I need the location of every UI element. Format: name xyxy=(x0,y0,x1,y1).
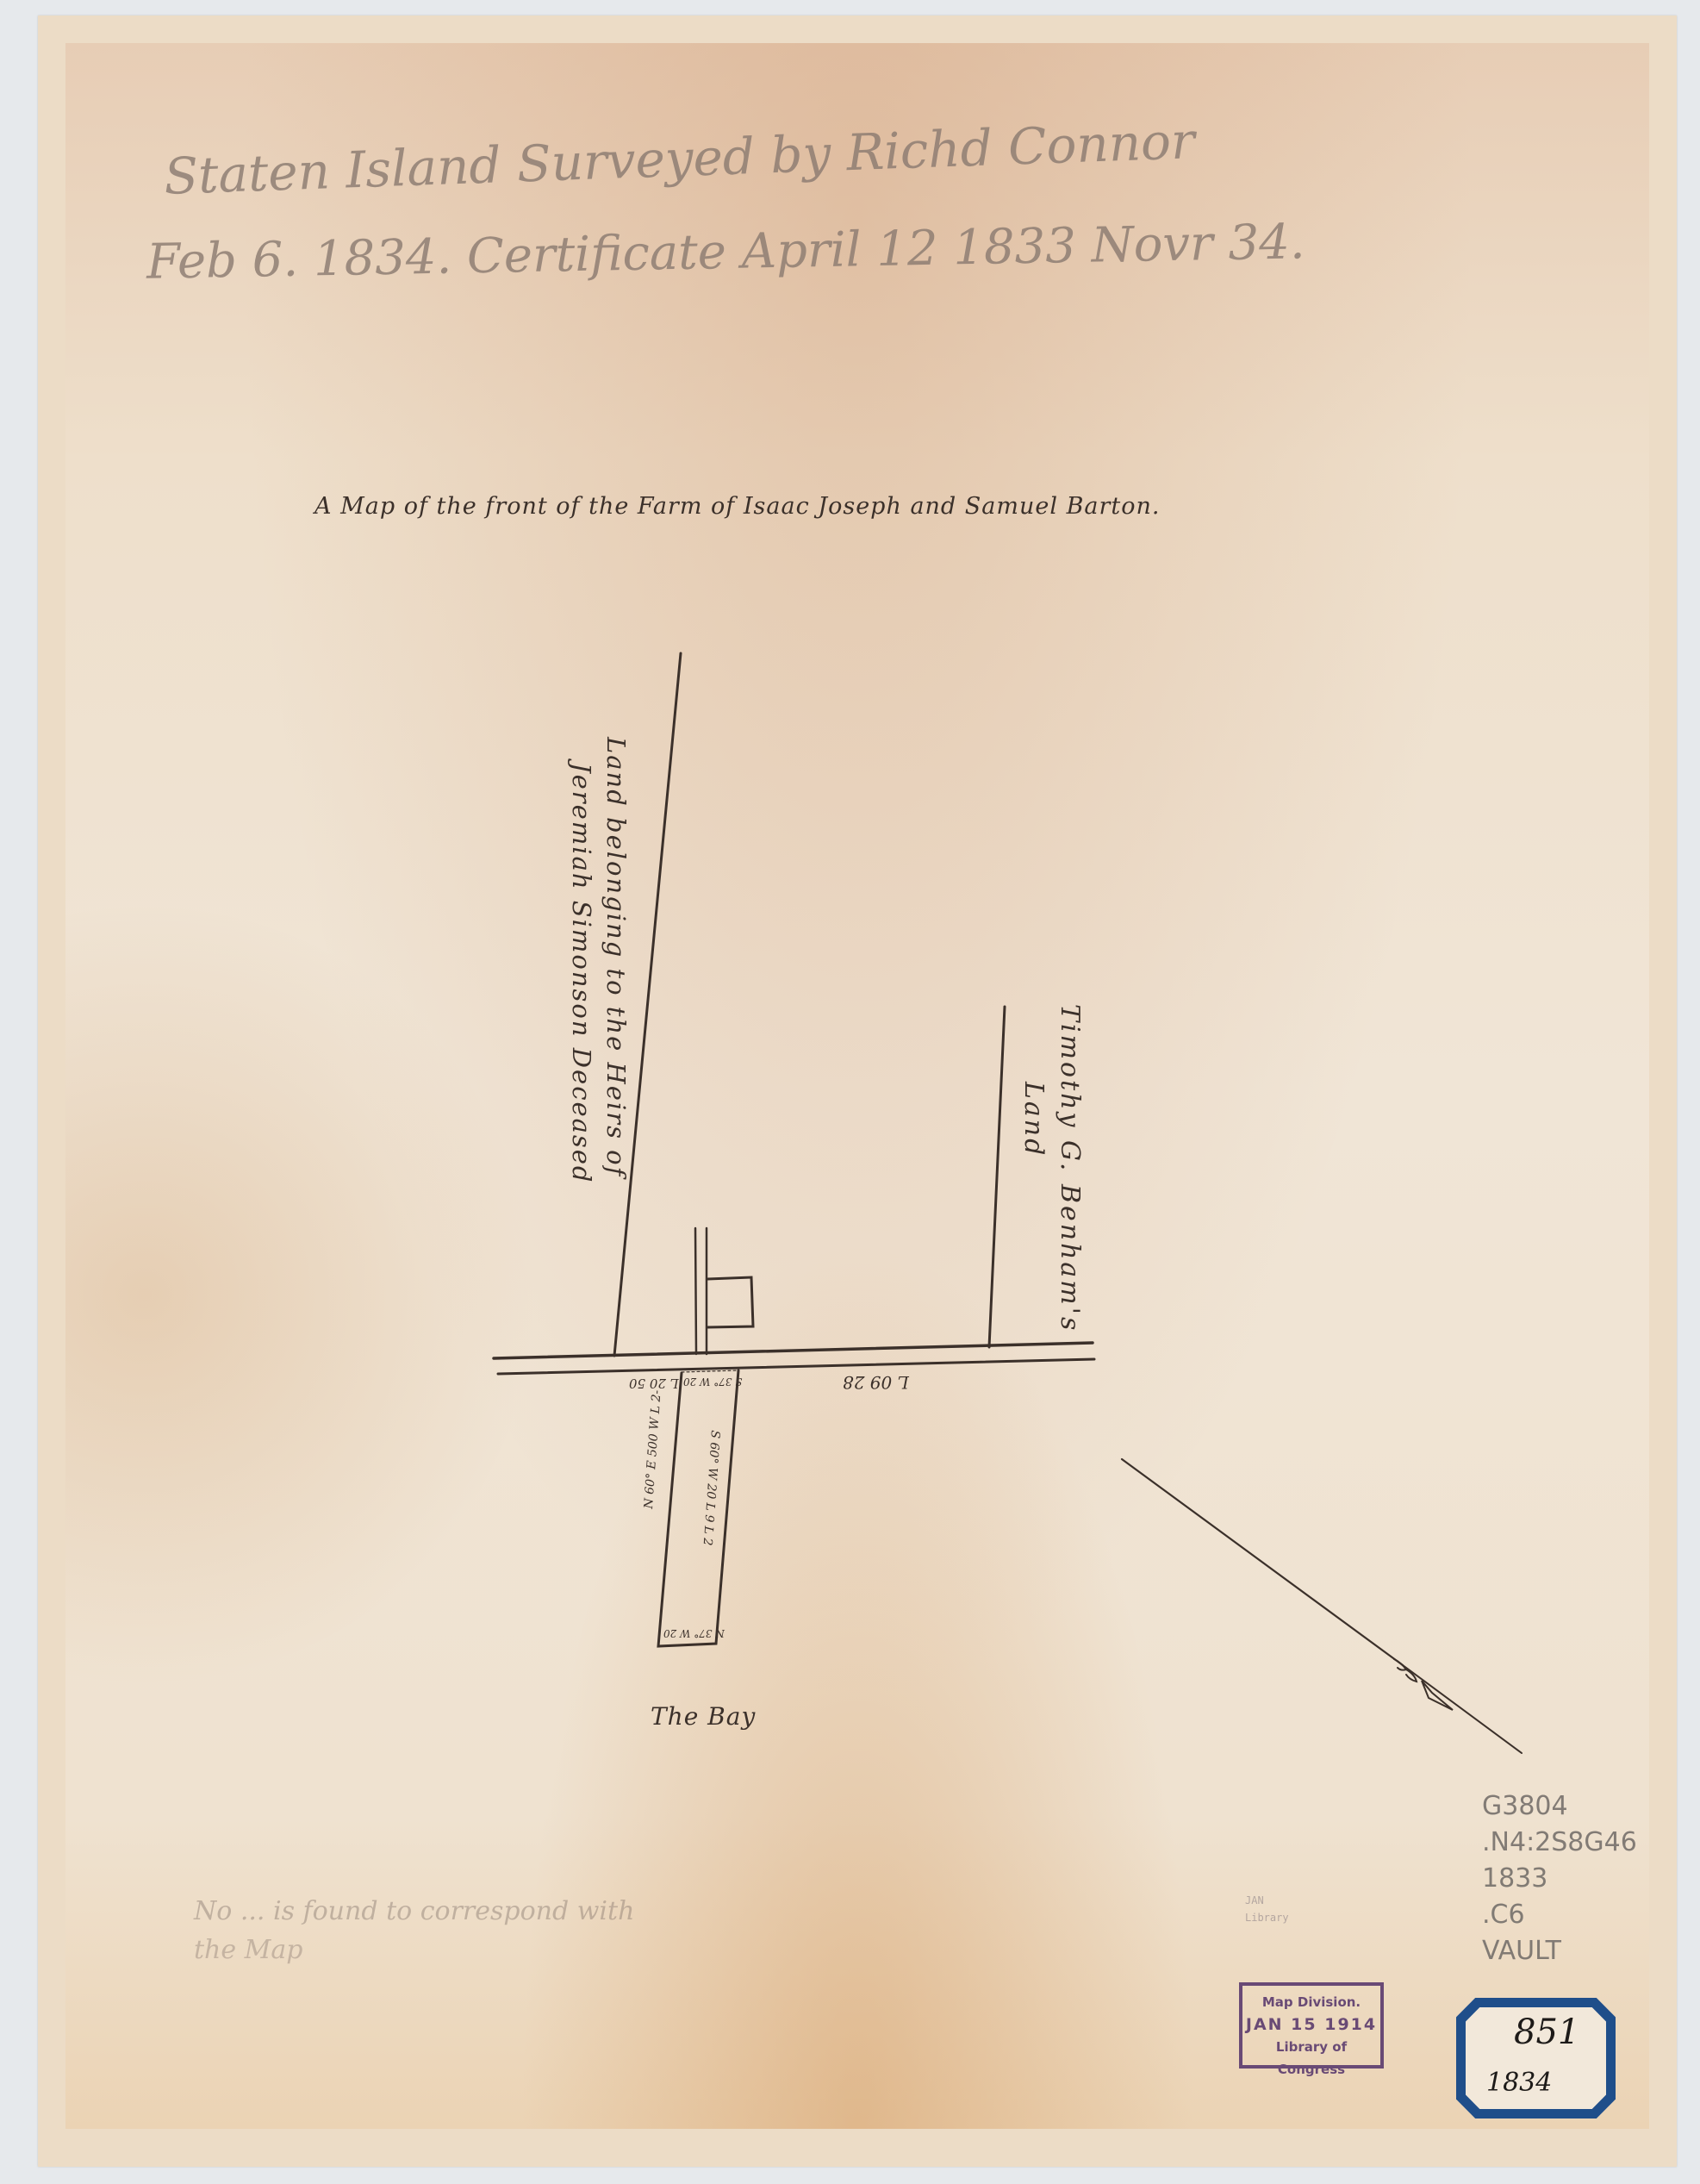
lower-pencil-note-line-1: No ... is found to correspond with xyxy=(194,1896,634,1926)
pier-measure-end: N 37° W 20 xyxy=(663,1627,725,1639)
survey-linework xyxy=(0,0,1700,2184)
road-measure-middle: S 37° W 20 xyxy=(683,1376,743,1388)
catalog-number: 851 xyxy=(1514,2012,1579,2052)
faint-stamp-line-2: Library xyxy=(1245,1909,1289,1926)
call-number-line: .N4:2S8G46 xyxy=(1482,1825,1637,1861)
library-of-congress-stamp: Map Division. JAN 15 1914 Library of Con… xyxy=(1239,1982,1384,2069)
stamp-line-1: Map Division. xyxy=(1242,1991,1380,2013)
pier-outline xyxy=(658,1370,738,1646)
east-boundary-line xyxy=(989,1007,1005,1347)
call-number-line: VAULT xyxy=(1482,1933,1637,1969)
stamp-date: JAN 15 1914 xyxy=(1242,2013,1380,2036)
east-parcel-label: Timothy G. Benham's Land xyxy=(1015,1004,1087,1332)
catalog-year: 1834 xyxy=(1486,2068,1552,2098)
call-number-line: 1833 xyxy=(1482,1861,1637,1897)
faint-stamp: JAN Library xyxy=(1245,1892,1289,1926)
building-outline xyxy=(707,1277,753,1327)
road-measure-east: L 09 28 xyxy=(843,1372,909,1393)
road-upper-edge xyxy=(494,1343,1093,1358)
west-parcel-label: Land belonging to the Heirs of Jeremiah … xyxy=(564,737,633,1184)
water-label: The Bay xyxy=(651,1702,756,1731)
west-parcel-label-line-1: Land belonging to the Heirs of xyxy=(599,737,633,1184)
map-title: A Map of the front of the Farm of Isaac … xyxy=(314,493,1161,520)
meridian-line xyxy=(1122,1459,1403,1665)
west-parcel-label-line-2: Jeremiah Simonson Deceased xyxy=(564,737,599,1184)
pier-dashed-end xyxy=(682,1370,738,1372)
east-parcel-label-line-1: Timothy G. Benham's xyxy=(1051,1004,1087,1332)
call-number-line: G3804 xyxy=(1482,1788,1637,1825)
lane-line-left xyxy=(695,1228,696,1354)
call-number-line: .C6 xyxy=(1482,1897,1637,1933)
lower-pencil-note-line-2: the Map xyxy=(194,1935,302,1965)
call-number: G3804 .N4:2S8G46 1833 .C6 VAULT xyxy=(1482,1788,1637,1969)
catalog-label: 851 1834 xyxy=(1456,1998,1616,2118)
faint-stamp-line-1: JAN xyxy=(1245,1892,1289,1909)
east-parcel-label-line-2: Land xyxy=(1015,1004,1051,1332)
compass-ornament-icon xyxy=(1394,1659,1453,1710)
stamp-line-3: Library of Congress xyxy=(1242,2036,1380,2081)
road-lower-edge xyxy=(498,1359,1094,1374)
road-measure-west: L 20 50 xyxy=(629,1376,679,1391)
